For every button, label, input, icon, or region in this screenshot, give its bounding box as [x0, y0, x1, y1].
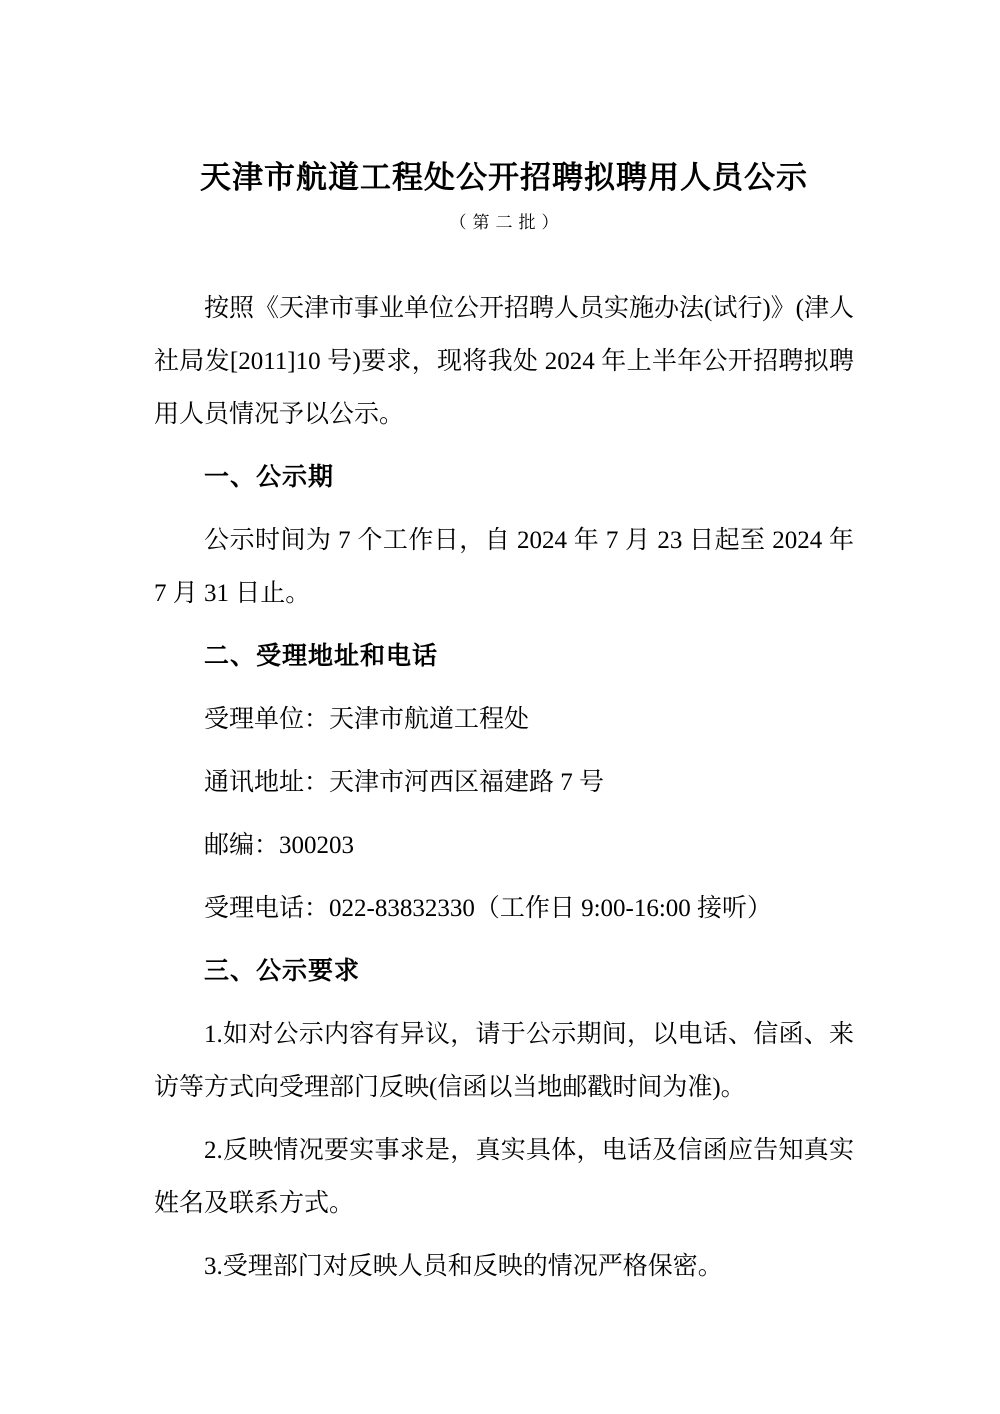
- mailing-address-line: 通讯地址：天津市河西区福建路 7 号: [154, 756, 854, 809]
- postal-code-line: 邮编：300203: [154, 819, 854, 872]
- intro-paragraph: 按照《天津市事业单位公开招聘人员实施办法(试行)》(津人社局发[2011]10 …: [154, 282, 854, 441]
- section-heading-publicity-requirements: 三、公示要求: [154, 945, 854, 998]
- requirement-item-1: 1.如对公示内容有异议，请于公示期间，以电话、信函、来访等方式向受理部门反映(信…: [154, 1008, 854, 1114]
- section-heading-address-phone: 二、受理地址和电话: [154, 630, 854, 683]
- phone-line: 受理电话：022-83832330（工作日 9:00-16:00 接听）: [154, 882, 854, 935]
- document-page: 天津市航道工程处公开招聘拟聘用人员公示 （第二批） 按照《天津市事业单位公开招聘…: [0, 0, 1000, 1414]
- section-heading-publicity-period: 一、公示期: [154, 451, 854, 504]
- accepting-unit-line: 受理单位：天津市航道工程处: [154, 693, 854, 746]
- document-title: 天津市航道工程处公开招聘拟聘用人员公示: [154, 156, 854, 200]
- requirement-item-3: 3.受理部门对反映人员和反映的情况严格保密。: [154, 1240, 854, 1293]
- document-subtitle: （第二批）: [154, 210, 854, 236]
- requirement-item-2: 2.反映情况要实事求是，真实具体，电话及信函应告知真实姓名及联系方式。: [154, 1124, 854, 1230]
- publicity-period-paragraph: 公示时间为 7 个工作日，自 2024 年 7 月 23 日起至 2024 年 …: [154, 514, 854, 620]
